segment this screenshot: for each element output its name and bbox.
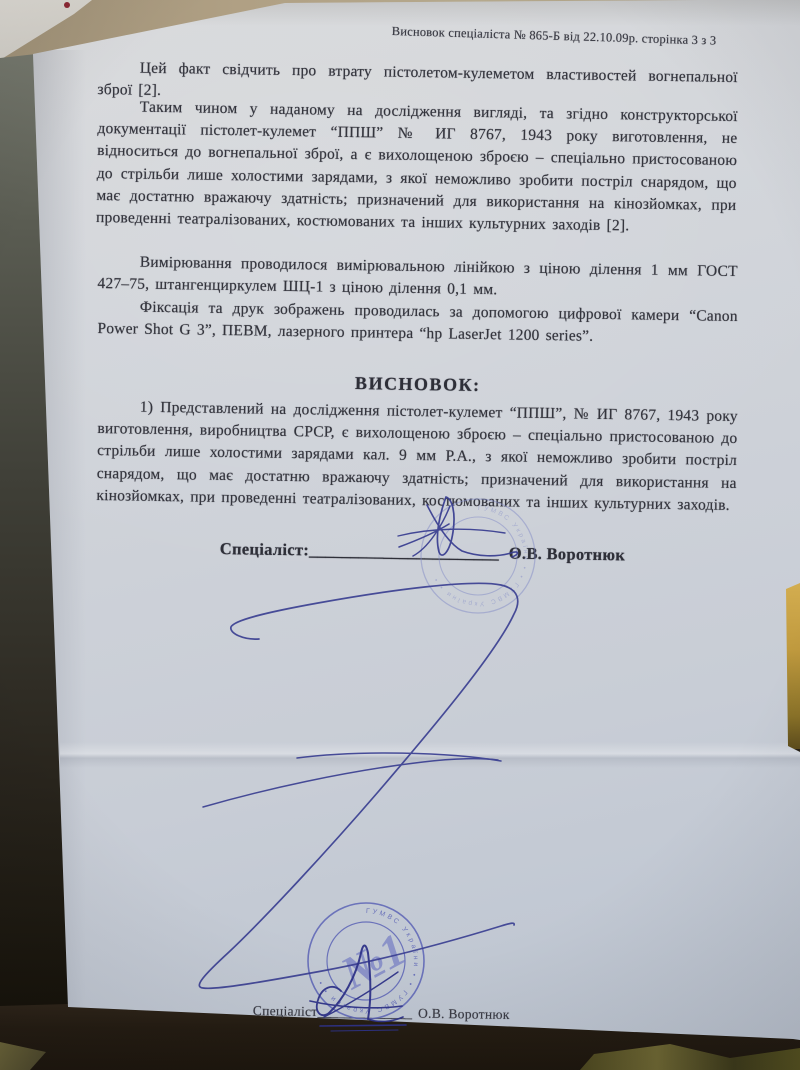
stamp-bottom: ГУМВС України • • ГУМВС України • • №1 [308,903,424,1019]
signature-flourish [199,583,517,988]
signature-ink-upper [398,497,518,557]
stamp-upper: ГУМВС України • • ГУМВС України • • [421,499,535,613]
ink-overlay: ГУМВС України • • ГУМВС України • • ГУМВ… [0,0,800,1070]
